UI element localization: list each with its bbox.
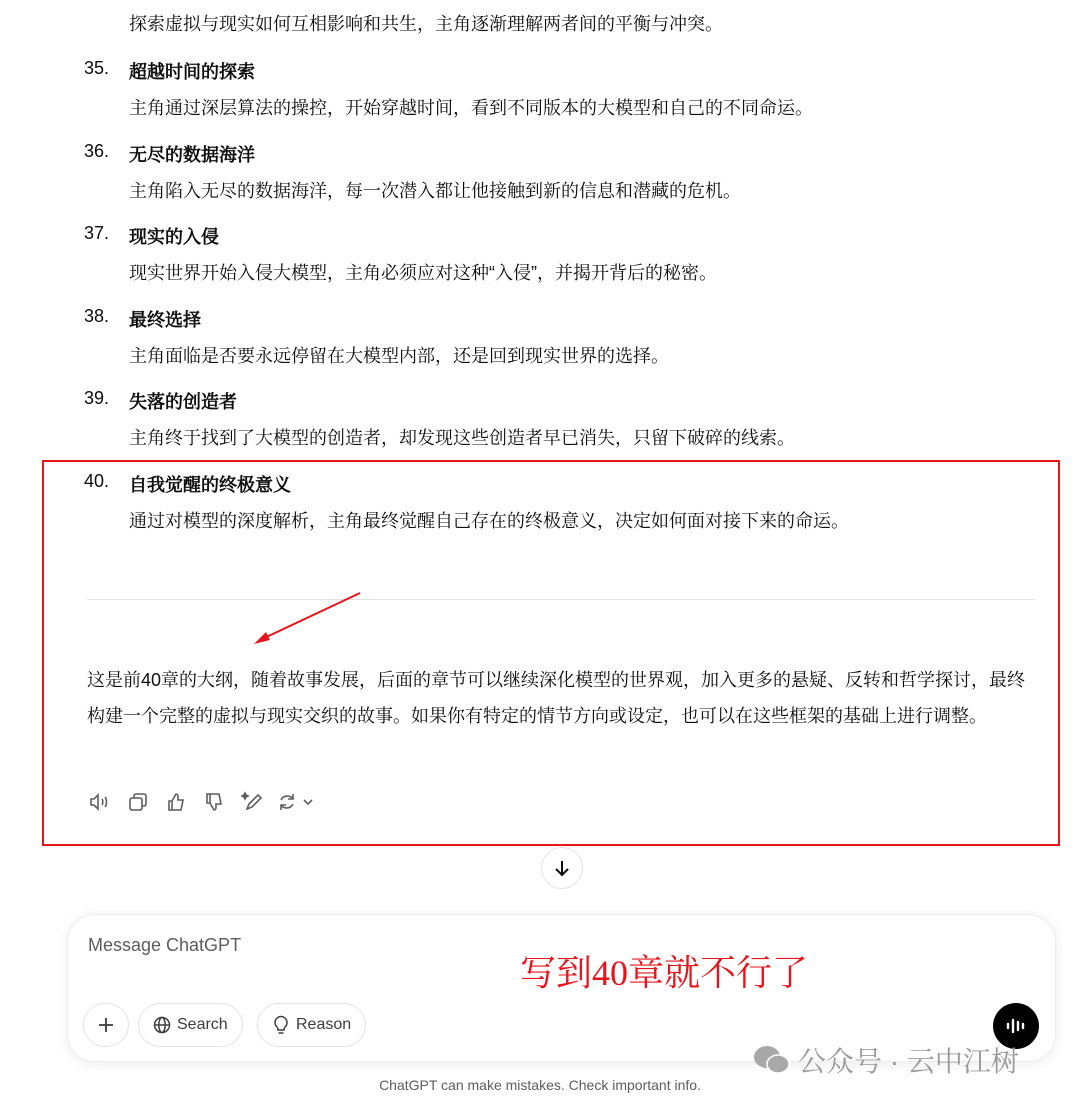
annotation-text: 写到40章就不行了 (520, 945, 808, 996)
reason-button[interactable]: Reason (257, 1003, 366, 1047)
item-title: 失落的创造者 (129, 388, 237, 414)
item-desc: 现实世界开始入侵大模型，主角必须应对这种“入侵”，并揭开背后的秘密。 (129, 259, 717, 285)
thumbs-down-icon[interactable] (202, 790, 226, 814)
summary-paragraph: 这是前40章的大纲，随着故事发展，后面的章节可以继续深化模型的世界观，加入更多的… (87, 662, 1037, 734)
item-desc: 探索虚拟与现实如何互相影响和共生，主角逐渐理解两者间的平衡与冲突。 (129, 10, 723, 36)
copy-icon[interactable] (126, 790, 150, 814)
item-desc: 主角面临是否要永远停留在大模型内部，还是回到现实世界的选择。 (129, 342, 669, 368)
arrow-down-icon (553, 859, 571, 877)
annotation-highlight-box (42, 460, 1060, 846)
disclaimer-footer: ChatGPT can make mistakes. Check importa… (0, 1077, 1080, 1093)
edit-canvas-icon[interactable] (240, 790, 264, 814)
scroll-down-button[interactable] (541, 847, 583, 889)
message-input[interactable]: Message ChatGPT (88, 935, 241, 956)
item-number: 38. (84, 306, 109, 327)
attach-button[interactable] (83, 1003, 129, 1047)
regenerate-icon[interactable] (278, 790, 318, 814)
watermark: 公众号 · 云中江树 (752, 1040, 1019, 1080)
read-aloud-icon[interactable] (88, 790, 112, 814)
divider (87, 599, 1035, 600)
waveform-icon (1005, 1017, 1027, 1035)
item-number: 35. (84, 58, 109, 79)
wechat-icon (752, 1044, 792, 1076)
item-number: 36. (84, 141, 109, 162)
item-desc: 主角通过深层算法的操控，开始穿越时间，看到不同版本的大模型和自己的不同命运。 (129, 94, 813, 120)
globe-icon (153, 1016, 171, 1034)
item-title: 最终选择 (129, 306, 201, 332)
search-button[interactable]: Search (138, 1003, 243, 1047)
lightbulb-icon (272, 1015, 290, 1035)
thumbs-up-icon[interactable] (164, 790, 188, 814)
watermark-text: 公众号 · 云中江树 (798, 1040, 1019, 1080)
item-title: 现实的入侵 (129, 223, 219, 249)
reason-label: Reason (296, 1016, 351, 1034)
item-desc: 主角陷入无尽的数据海洋，每一次潜入都让他接触到新的信息和潜藏的危机。 (129, 177, 741, 203)
item-title: 无尽的数据海洋 (129, 141, 255, 167)
annotation-arrow-icon (250, 590, 370, 650)
item-title: 超越时间的探索 (129, 58, 255, 84)
plus-icon (97, 1016, 115, 1034)
search-label: Search (177, 1016, 228, 1034)
item-number: 37. (84, 223, 109, 244)
item-number: 39. (84, 388, 109, 409)
message-actions (88, 790, 318, 814)
item-desc: 主角终于找到了大模型的创造者，却发现这些创造者早已消失，只留下破碎的线索。 (129, 424, 795, 450)
